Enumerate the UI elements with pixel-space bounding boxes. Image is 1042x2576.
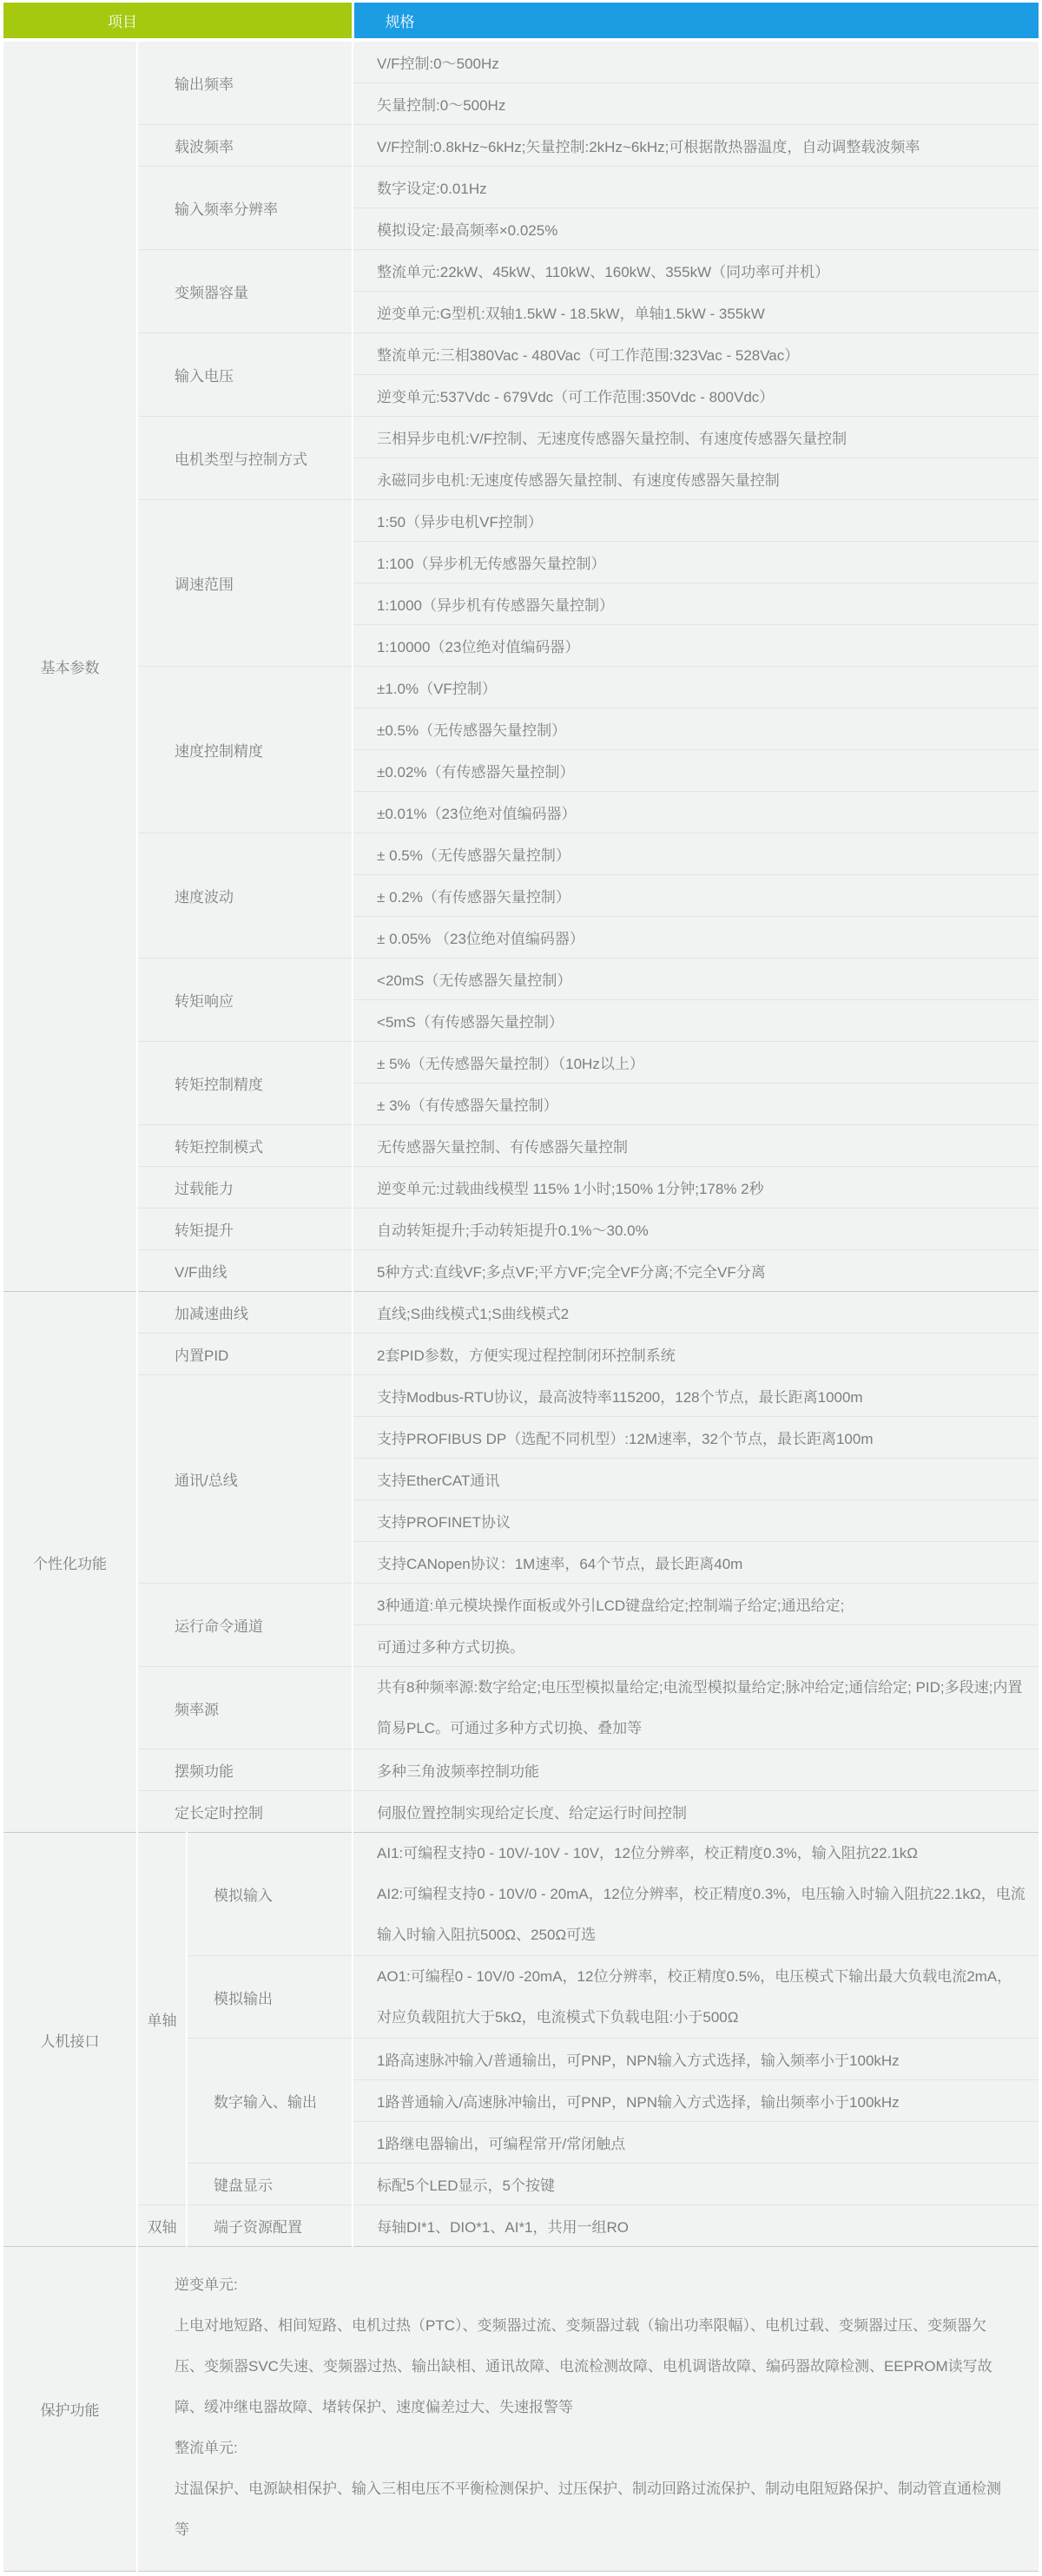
spec-cell: 支持EtherCAT通讯 (353, 1459, 1039, 1500)
spec-cell: ± 3%（有传感器矢量控制） (353, 1084, 1039, 1125)
spec-cell: 1路继电器输出，可编程常开/常闭触点 (353, 2122, 1039, 2164)
spec-cell: ±1.0%（VF控制） (353, 667, 1039, 708)
column-header-item: 项目 (3, 3, 353, 40)
spec-cell: <5mS（有传感器矢量控制） (353, 1000, 1039, 1042)
table-row: 输入频率分辨率数字设定:0.01Hz (3, 167, 1039, 208)
spec-cell: AO1:可编程0 - 10V/0 -20mA，12位分辨率，校正精度0.5%，电… (353, 1956, 1039, 2039)
item-label: 输入电压 (137, 333, 353, 417)
spec-cell: 逆变单元:上电对地短路、相间短路、电机过热（PTC）、变频器过流、变频器过载（输… (137, 2247, 1039, 2572)
spec-cell: V/F控制:0～500Hz (353, 40, 1039, 83)
item-label: 速度控制精度 (137, 667, 353, 833)
table-row: 运行命令通道3种通道:单元模块操作面板或外引LCD键盘给定;控制端子给定;通迅给… (3, 1584, 1039, 1625)
item-label: 电机类型与控制方式 (137, 417, 353, 500)
item-label: 过载能力 (137, 1167, 353, 1209)
item-label: 内置PID (137, 1334, 353, 1375)
spec-line: 整流单元: (175, 2428, 1012, 2468)
table-row: 转矩控制模式无传感器矢量控制、有传感器矢量控制 (3, 1125, 1039, 1167)
item-label: 频率源 (137, 1667, 353, 1749)
spec-line: 过温保护、电源缺相保护、输入三相电压不平衡检测保护、过压保护、制动回路过流保护、… (175, 2468, 1012, 2550)
spec-line: 上电对地短路、相间短路、电机过热（PTC）、变频器过流、变频器过载（输出功率限幅… (175, 2305, 1012, 2428)
item-label: 转矩提升 (137, 1209, 353, 1250)
spec-cell: 数字设定:0.01Hz (353, 167, 1039, 208)
table-row: V/F曲线5种方式:直线VF;多点VF;平方VF;完全VF分离;不完全VF分离 (3, 1250, 1039, 1292)
spec-cell: 1路高速脉冲输入/普通输出，可PNP，NPN输入方式选择，输入频率小于100kH… (353, 2039, 1039, 2080)
spec-cell: 支持CANopen协议：1M速率，64个节点，最长距离40m (353, 1542, 1039, 1584)
spec-cell: ± 0.2%（有传感器矢量控制） (353, 875, 1039, 917)
spec-cell: 5种方式:直线VF;多点VF;平方VF;完全VF分离;不完全VF分离 (353, 1250, 1039, 1292)
spec-cell: 整流单元:三相380Vac - 480Vac（可工作范围:323Vac - 52… (353, 333, 1039, 375)
spec-cell: 伺服位置控制实现给定长度、给定运行时间控制 (353, 1791, 1039, 1833)
item-label: 数字输入、输出 (187, 2039, 353, 2164)
group-label: 个性化功能 (3, 1292, 137, 1833)
item-label: 变频器容量 (137, 250, 353, 333)
spec-cell: 永磁同步电机:无速度传感器矢量控制、有速度传感器矢量控制 (353, 458, 1039, 500)
spec-cell: <20mS（无传感器矢量控制） (353, 959, 1039, 1000)
table-row: 电机类型与控制方式三相异步电机:V/F控制、无速度传感器矢量控制、有速度传感器矢… (3, 417, 1039, 458)
spec-cell: ±0.5%（无传感器矢量控制） (353, 708, 1039, 750)
item-label: 模拟输入 (187, 1833, 353, 1956)
header-row: 项目 规格 (3, 3, 1039, 40)
table-row: 双轴端子资源配置每轴DI*1、DIO*1、AI*1，共用一组RO (3, 2205, 1039, 2247)
spec-cell: 直线;S曲线模式1;S曲线模式2 (353, 1292, 1039, 1334)
spec-cell: 1:100（异步机无传感器矢量控制） (353, 542, 1039, 583)
item-label: 转矩控制精度 (137, 1042, 353, 1125)
spec-line: 逆变单元: (175, 2264, 1012, 2305)
table-row: 基本参数输出频率V/F控制:0～500Hz (3, 40, 1039, 83)
spec-line: AI2:可编程支持0 - 10V/0 - 20mA，12位分辨率，校正精度0.3… (377, 1874, 1026, 1955)
spec-cell: V/F控制:0.8kHz~6kHz;矢量控制:2kHz~6kHz;可根据散热器温… (353, 125, 1039, 167)
item-label: 速度波动 (137, 833, 353, 959)
spec-cell: 逆变单元:G型机:双轴1.5kW - 18.5kW，单轴1.5kW - 355k… (353, 292, 1039, 333)
spec-cell: 支持PROFINET协议 (353, 1500, 1039, 1542)
spec-cell: 无传感器矢量控制、有传感器矢量控制 (353, 1125, 1039, 1167)
spec-sheet: 项目 规格 基本参数输出频率V/F控制:0～500Hz矢量控制:0～500Hz载… (0, 0, 1042, 2576)
table-row: 转矩响应<20mS（无传感器矢量控制） (3, 959, 1039, 1000)
spec-cell: 矢量控制:0～500Hz (353, 83, 1039, 125)
table-row: 过载能力逆变单元:过载曲线模型 115% 1小时;150% 1分钟;178% 2… (3, 1167, 1039, 1209)
table-row: 通讯/总线支持Modbus-RTU协议，最高波特率115200，128个节点，最… (3, 1375, 1039, 1417)
spec-cell: ± 0.05% （23位绝对值编码器） (353, 917, 1039, 959)
table-row: 摆频功能多种三角波频率控制功能 (3, 1749, 1039, 1791)
spec-cell: 可通过多种方式切换。 (353, 1625, 1039, 1667)
spec-cell: ± 5%（无传感器矢量控制）（10Hz以上） (353, 1042, 1039, 1084)
item-label: 摆频功能 (137, 1749, 353, 1791)
spec-cell: 支持PROFIBUS DP（选配不同机型）:12M速率，32个节点，最长距离10… (353, 1417, 1039, 1459)
spec-line: AI1:可编程支持0 - 10V/-10V - 10V，12位分辨率，校正精度0… (377, 1833, 1026, 1874)
spec-cell: ±0.02%（有传感器矢量控制） (353, 750, 1039, 792)
group-label: 基本参数 (3, 40, 137, 1292)
table-row: 转矩控制精度± 5%（无传感器矢量控制）（10Hz以上） (3, 1042, 1039, 1084)
spec-cell: AI1:可编程支持0 - 10V/-10V - 10V，12位分辨率，校正精度0… (353, 1833, 1039, 1956)
spec-cell: 每轴DI*1、DIO*1、AI*1，共用一组RO (353, 2205, 1039, 2247)
item-label: 转矩响应 (137, 959, 353, 1042)
spec-line: AO1:可编程0 - 10V/0 -20mA，12位分辨率，校正精度0.5%，电… (377, 1956, 1026, 2038)
spec-cell: 自动转矩提升;手动转矩提升0.1%～30.0% (353, 1209, 1039, 1250)
spec-cell: 标配5个LED显示，5个按键 (353, 2164, 1039, 2205)
table-row: 人机接口单轴模拟输入AI1:可编程支持0 - 10V/-10V - 10V，12… (3, 1833, 1039, 1956)
spec-cell: ±0.01%（23位绝对值编码器） (353, 792, 1039, 833)
spec-cell: 3种通道:单元模块操作面板或外引LCD键盘给定;控制端子给定;通迅给定; (353, 1584, 1039, 1625)
table-row: 调速范围1:50（异步电机VF控制） (3, 500, 1039, 542)
item-label: 通讯/总线 (137, 1375, 353, 1584)
group-label: 保护功能 (3, 2247, 137, 2572)
spec-cell: 1路普通输入/高速脉冲输出，可PNP，NPN输入方式选择，输出频率小于100kH… (353, 2080, 1039, 2122)
table-row: 内置PID2套PID参数，方便实现过程控制闭环控制系统 (3, 1334, 1039, 1375)
spec-cell: 共有8种频率源:数字给定;电压型模拟量给定;电流型模拟量给定;脉冲给定;通信给定… (353, 1667, 1039, 1749)
table-row: 转矩提升自动转矩提升;手动转矩提升0.1%～30.0% (3, 1209, 1039, 1250)
spec-cell: 逆变单元:537Vdc - 679Vdc（可工作范围:350Vdc - 800V… (353, 375, 1039, 417)
spec-table: 项目 规格 基本参数输出频率V/F控制:0～500Hz矢量控制:0～500Hz载… (3, 3, 1039, 2572)
item-label: 模拟输出 (187, 1956, 353, 2039)
item-label: 输出频率 (137, 40, 353, 125)
spec-cell: 三相异步电机:V/F控制、无速度传感器矢量控制、有速度传感器矢量控制 (353, 417, 1039, 458)
item-label: V/F曲线 (137, 1250, 353, 1292)
column-header-spec: 规格 (353, 3, 1039, 40)
item-label: 输入频率分辨率 (137, 167, 353, 250)
spec-cell: 多种三角波频率控制功能 (353, 1749, 1039, 1791)
item-label: 运行命令通道 (137, 1584, 353, 1667)
table-row: 保护功能逆变单元:上电对地短路、相间短路、电机过热（PTC）、变频器过流、变频器… (3, 2247, 1039, 2572)
spec-cell: 1:50（异步电机VF控制） (353, 500, 1039, 542)
spec-cell: ± 0.5%（无传感器矢量控制） (353, 833, 1039, 875)
spec-cell: 支持Modbus-RTU协议，最高波特率115200，128个节点，最长距离10… (353, 1375, 1039, 1417)
spec-cell: 1:10000（23位绝对值编码器） (353, 625, 1039, 667)
group-label: 人机接口 (3, 1833, 137, 2247)
table-row: 定长定时控制伺服位置控制实现给定长度、给定运行时间控制 (3, 1791, 1039, 1833)
table-row: 频率源共有8种频率源:数字给定;电压型模拟量给定;电流型模拟量给定;脉冲给定;通… (3, 1667, 1039, 1749)
table-row: 速度波动± 0.5%（无传感器矢量控制） (3, 833, 1039, 875)
item-label: 调速范围 (137, 500, 353, 667)
spec-cell: 逆变单元:过载曲线模型 115% 1小时;150% 1分钟;178% 2秒 (353, 1167, 1039, 1209)
item-label: 定长定时控制 (137, 1791, 353, 1833)
table-row: 个性化功能加减速曲线直线;S曲线模式1;S曲线模式2 (3, 1292, 1039, 1334)
table-row: 变频器容量整流单元:22kW、45kW、110kW、160kW、355kW（同功… (3, 250, 1039, 292)
table-row: 速度控制精度±1.0%（VF控制） (3, 667, 1039, 708)
spec-cell: 模拟设定:最高频率×0.025% (353, 208, 1039, 250)
axis-label: 单轴 (137, 1833, 187, 2205)
item-label: 加减速曲线 (137, 1292, 353, 1334)
item-label: 键盘显示 (187, 2164, 353, 2205)
axis-label: 双轴 (137, 2205, 187, 2247)
spec-cell: 整流单元:22kW、45kW、110kW、160kW、355kW（同功率可并机） (353, 250, 1039, 292)
item-label: 载波频率 (137, 125, 353, 167)
item-label: 转矩控制模式 (137, 1125, 353, 1167)
table-row: 输入电压整流单元:三相380Vac - 480Vac（可工作范围:323Vac … (3, 333, 1039, 375)
spec-cell: 1:1000（异步机有传感器矢量控制） (353, 583, 1039, 625)
item-label: 端子资源配置 (187, 2205, 353, 2247)
table-row: 载波频率V/F控制:0.8kHz~6kHz;矢量控制:2kHz~6kHz;可根据… (3, 125, 1039, 167)
spec-cell: 2套PID参数，方便实现过程控制闭环控制系统 (353, 1334, 1039, 1375)
